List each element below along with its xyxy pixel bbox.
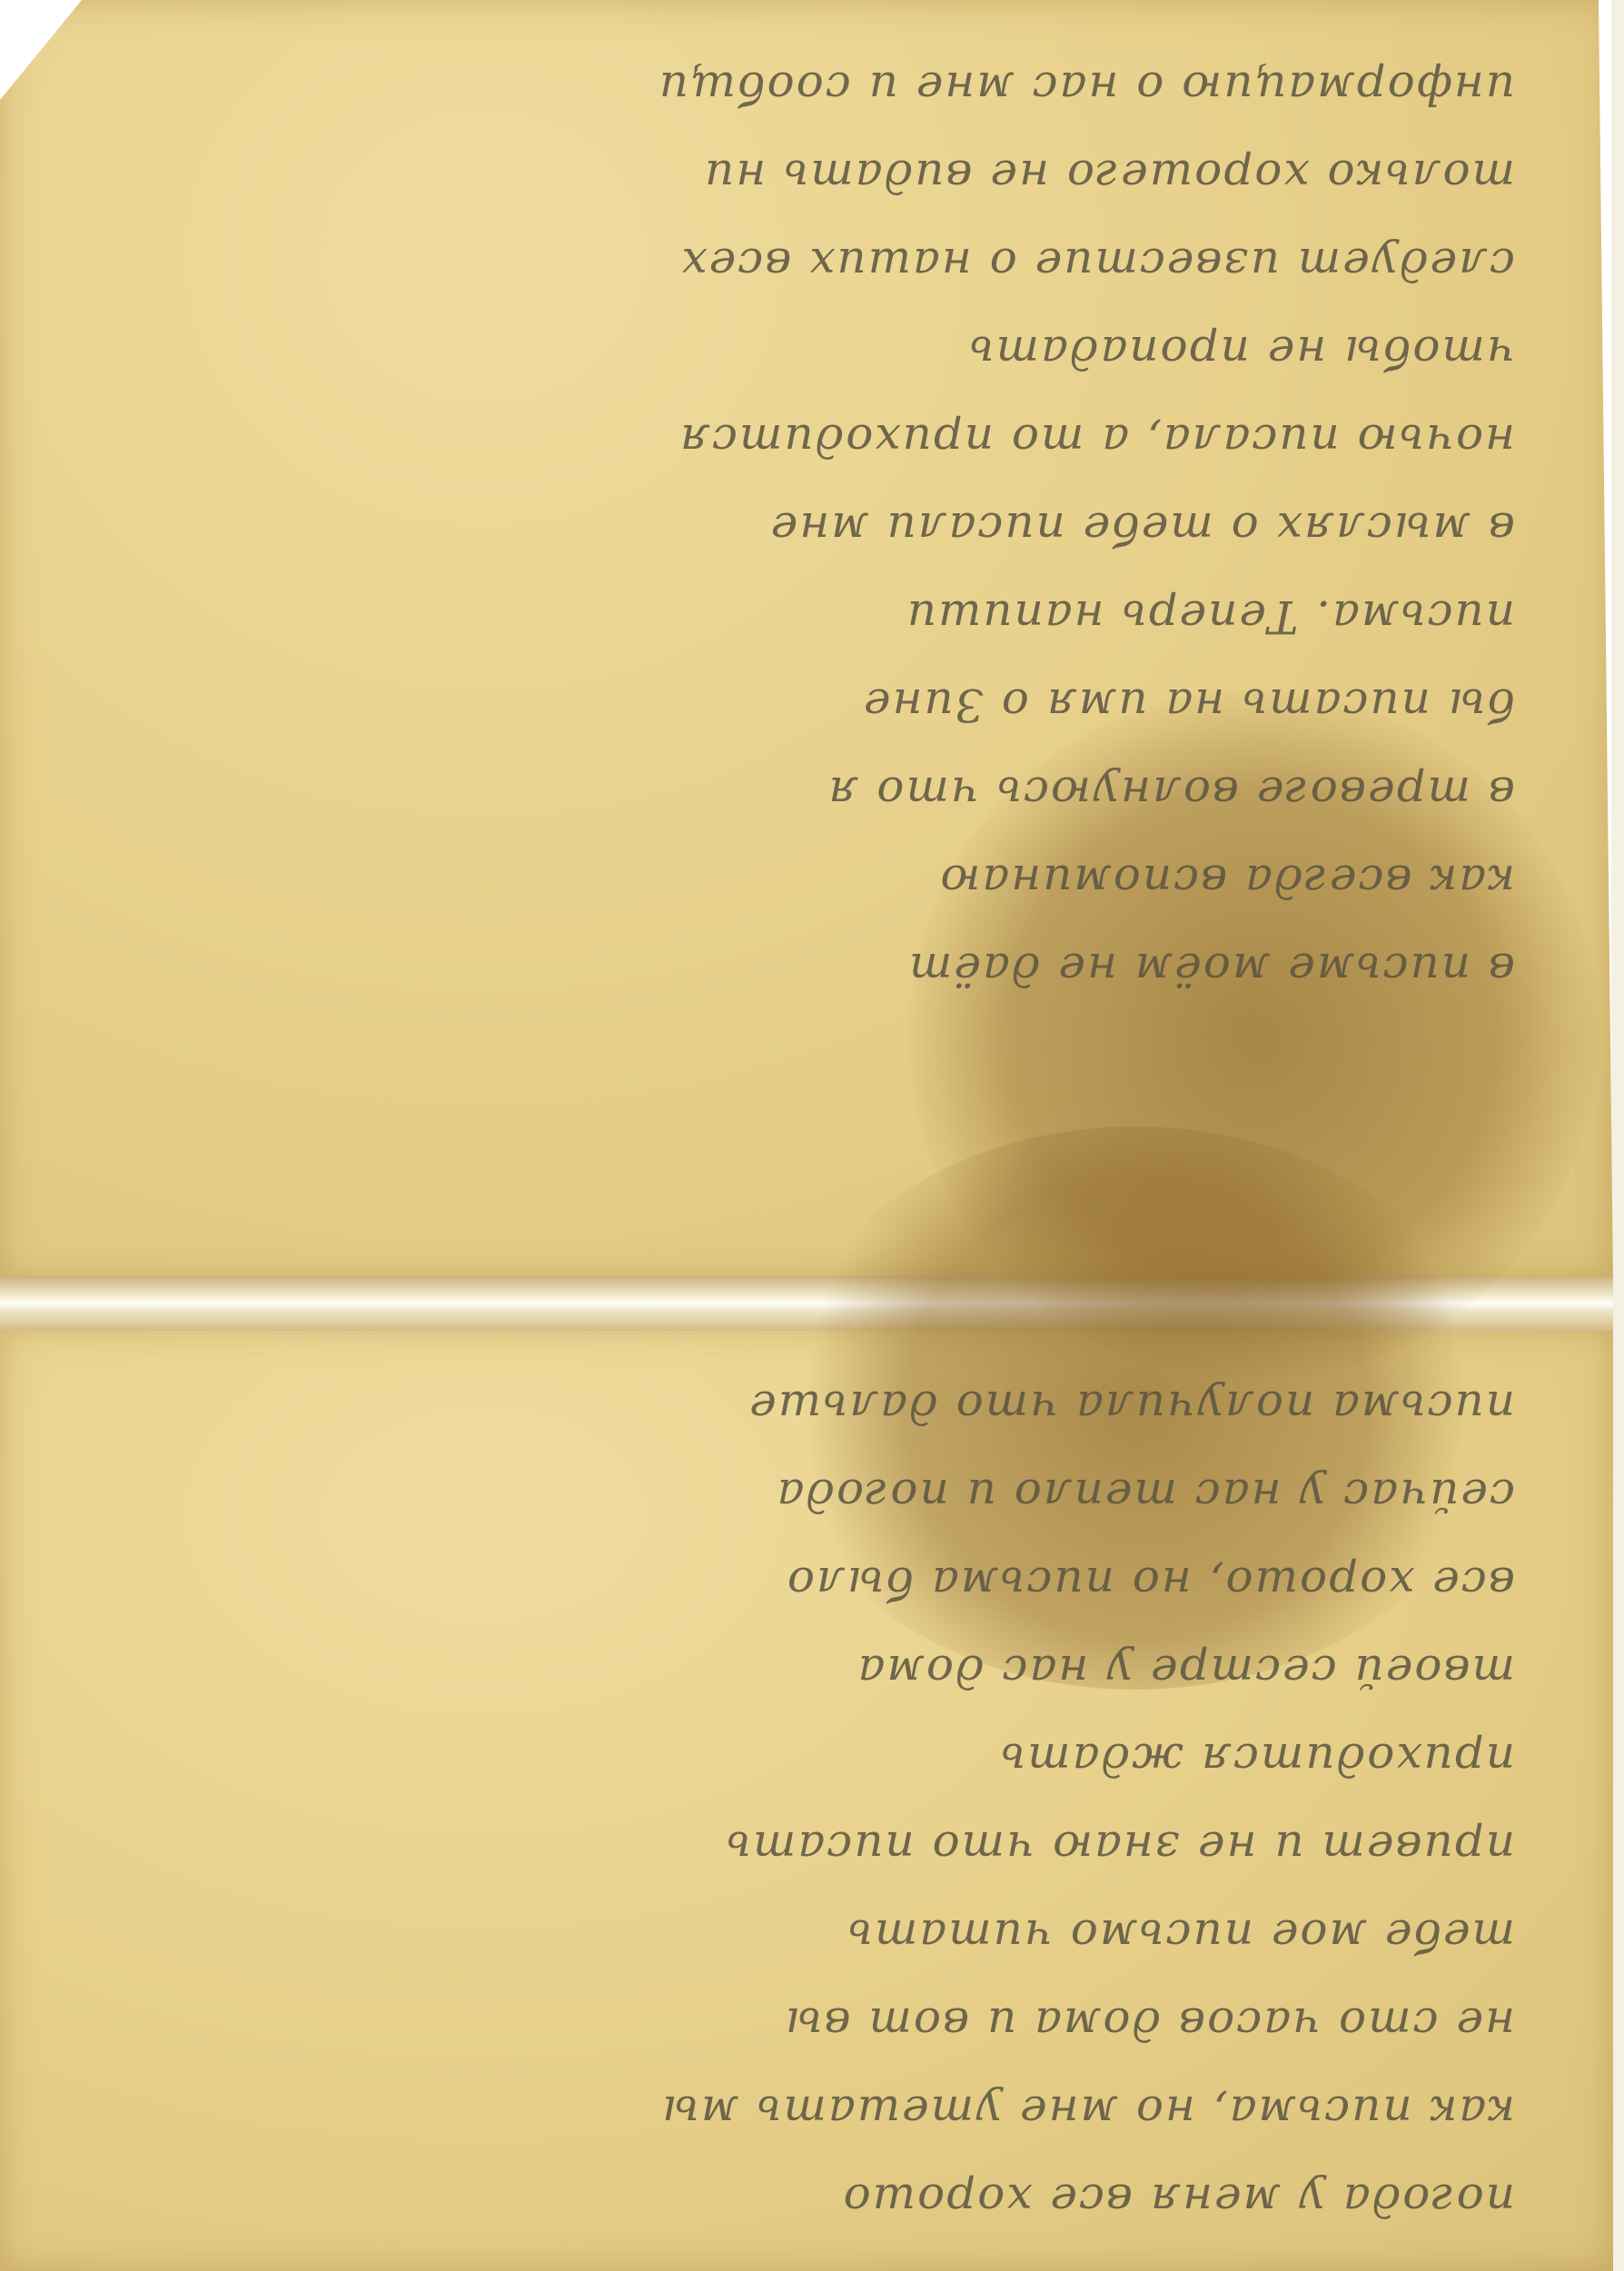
handwritten-line: только хорошего не видать ни (109, 132, 1515, 220)
handwritten-line: в тревоге волнуюсь что я (109, 749, 1515, 837)
handwritten-line: тебе мое письмо читать (109, 1891, 1515, 1979)
handwritten-line: информацию о нас мне и сообщи (109, 44, 1515, 132)
handwritten-line: твоей сестре у нас дома (109, 1627, 1515, 1715)
handwritten-line: следует известие о наших всех (109, 220, 1515, 308)
handwritten-line: все хорошо, но письма было (109, 1539, 1515, 1627)
handwritten-block-lower: погода у меня все хорошо как письма, но … (109, 1363, 1515, 2244)
handwritten-line: как всегда вспоминаю (109, 837, 1515, 925)
handwritten-line: ночью писала, а то приходится (109, 396, 1515, 484)
handwritten-line: письма получила что дальше (109, 1363, 1515, 1451)
handwritten-line: чтобы не пропадать (109, 308, 1515, 396)
handwritten-line: письма. Теперь напиши (109, 572, 1515, 660)
handwritten-line: в письме моём не даёт (109, 925, 1515, 1013)
handwritten-line: в мыслях о тебе писали мне (109, 484, 1515, 572)
handwritten-line: погода у меня все хорошо (109, 2156, 1515, 2244)
handwritten-line: привет и не знаю что писать (109, 1803, 1515, 1891)
handwritten-line: сейчас у нас тепло и погода (109, 1451, 1515, 1539)
handwritten-line: не сто часов дома и вот вы (109, 1979, 1515, 2068)
handwritten-line: приходится ждать (109, 1715, 1515, 1803)
handwritten-line: как письма, но мне утешать мы (109, 2068, 1515, 2156)
handwritten-block-upper: в письме моём не даёт как всегда вспомин… (109, 44, 1515, 1013)
handwriting-rotated: погода у меня все хорошо как письма, но … (0, 0, 1624, 2271)
handwritten-line: бы писать на имя о Зине (109, 660, 1515, 749)
